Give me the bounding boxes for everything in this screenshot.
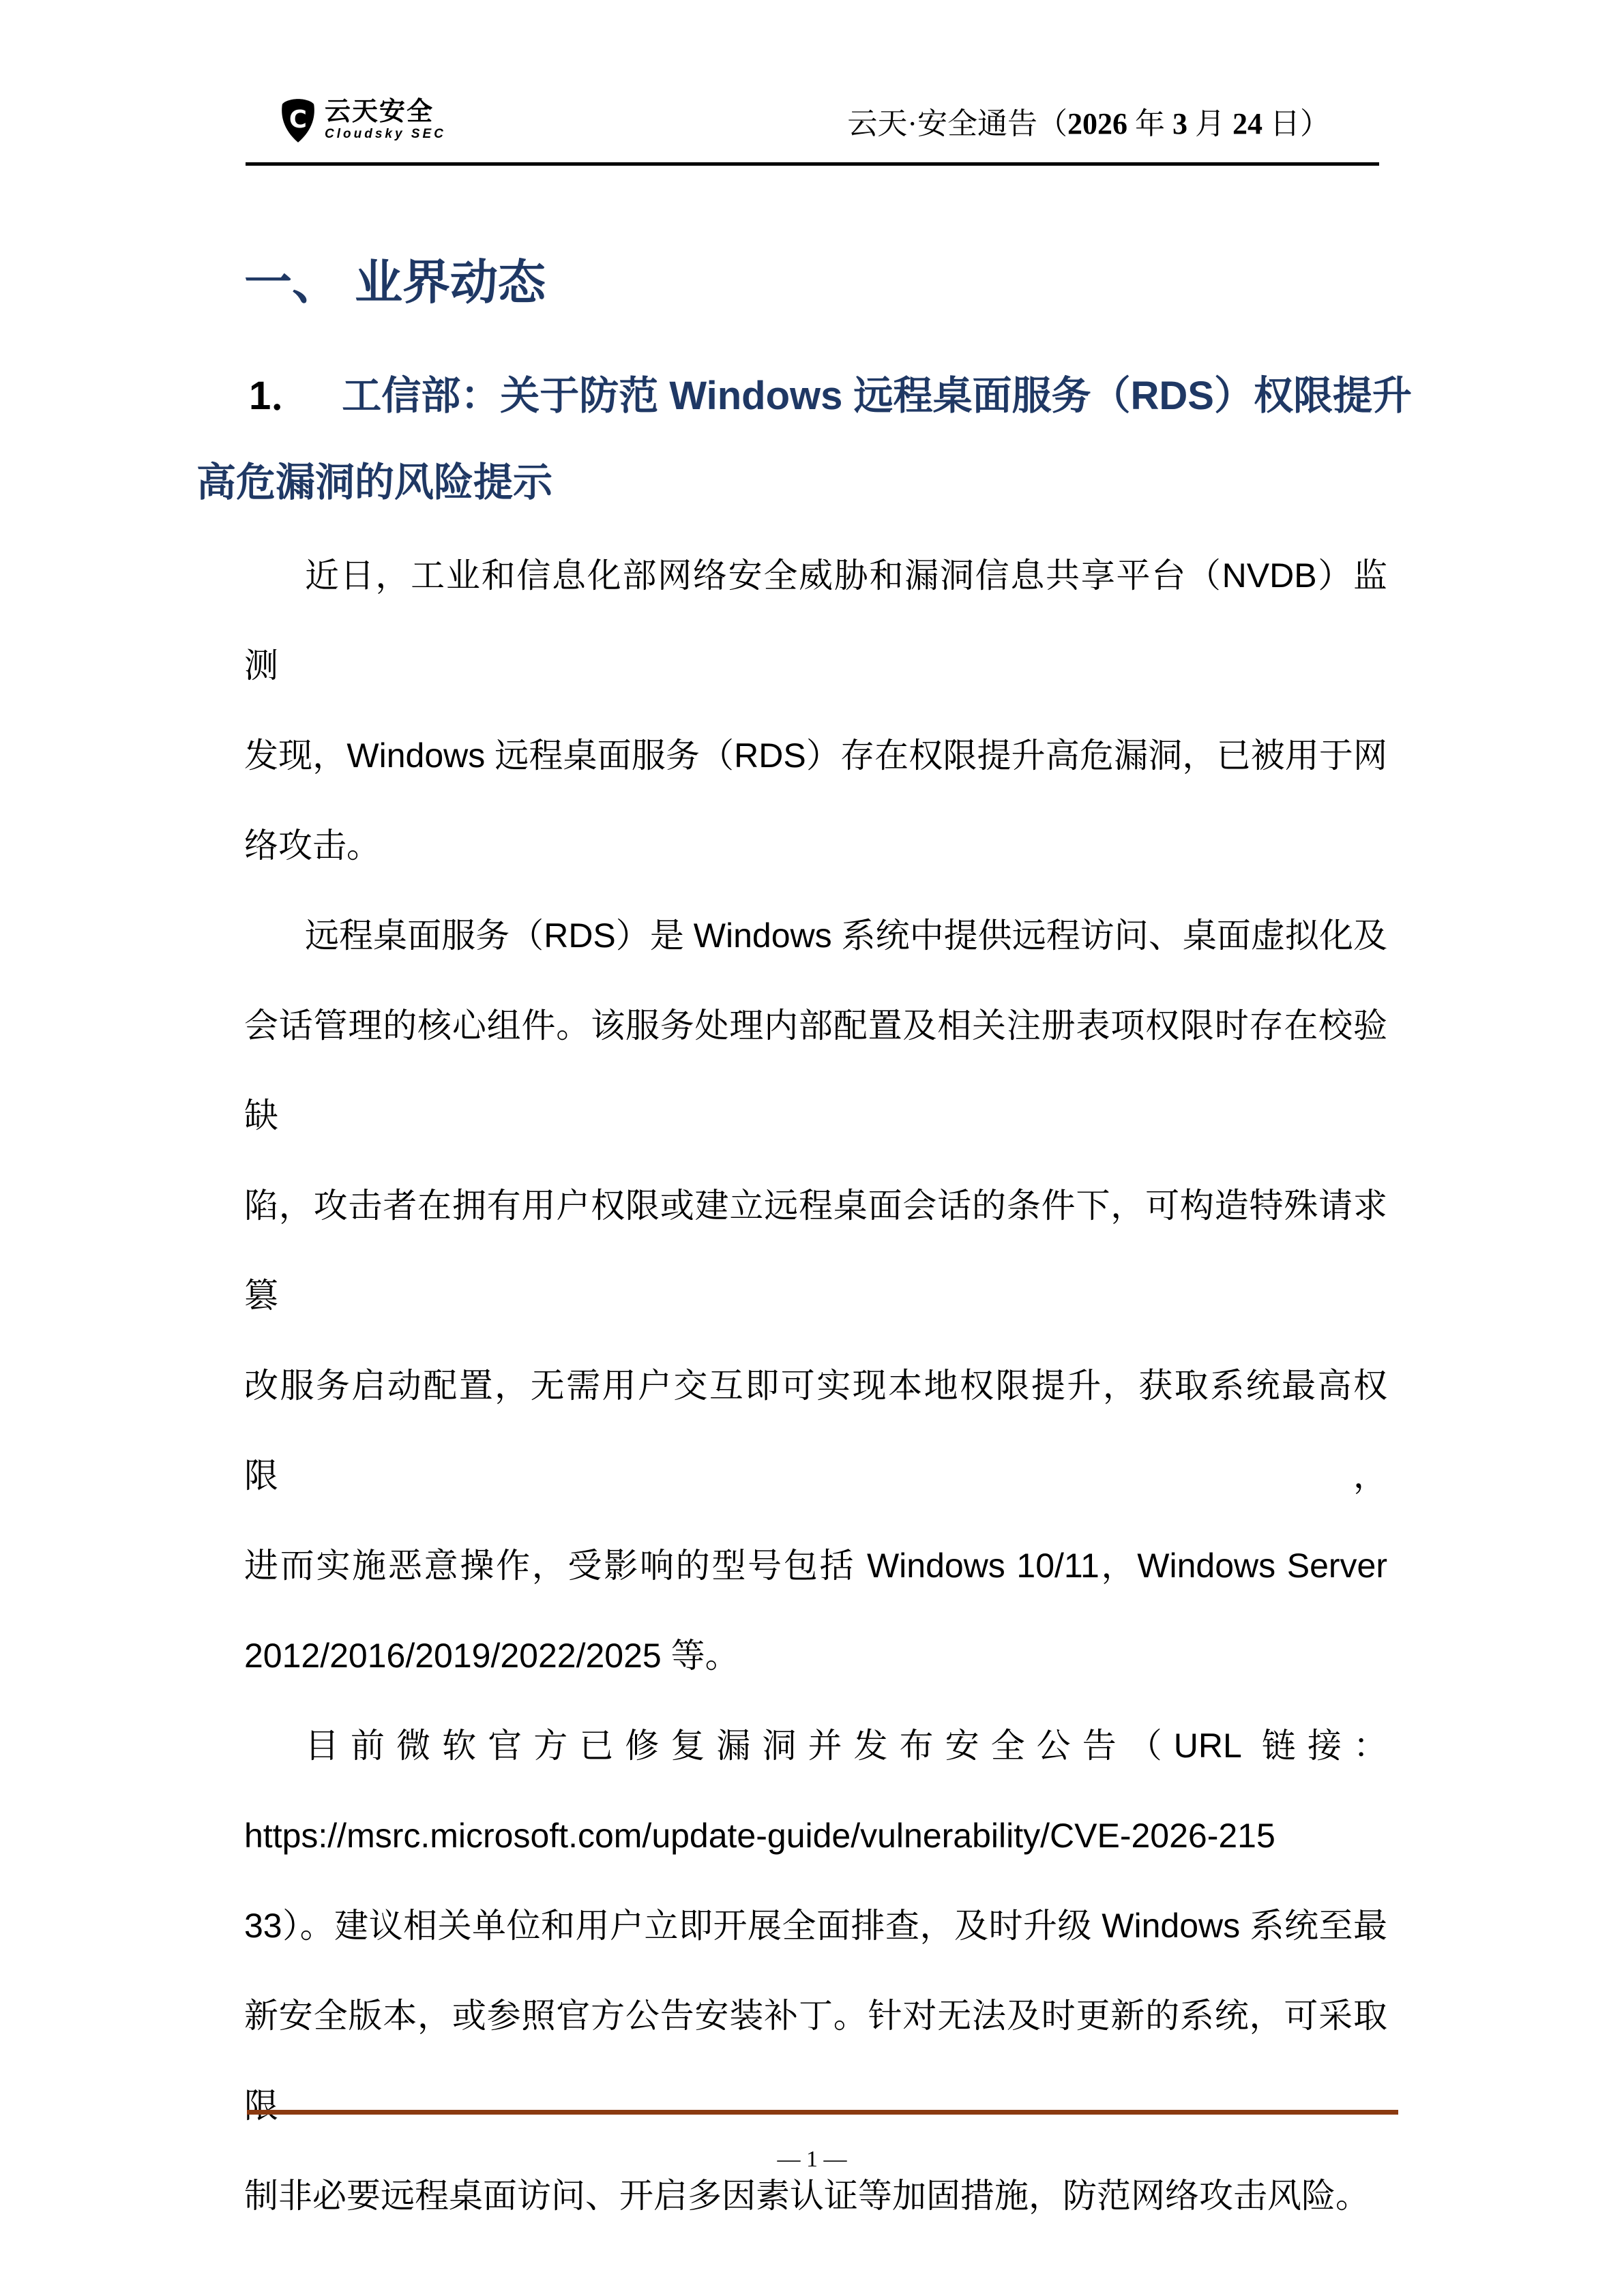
article-title-line2: 高危漏洞的风险提示 xyxy=(196,460,552,506)
title-segment: 云天·安全通告（ xyxy=(847,107,1067,140)
svg-text:C: C xyxy=(289,106,307,134)
title-segment: 24 xyxy=(1232,107,1263,140)
document-page: C 云天安全 Cloudsky SEC 云天·安全通告（2026 年 3 月 2… xyxy=(0,0,1624,2296)
text-line: https://msrc.microsoft.com/update-guide/… xyxy=(244,1791,1387,1881)
text-line: 33）。建议相关单位和用户立即开展全面排查，及时升级 Windows 系统至最 xyxy=(244,1881,1387,1971)
text-line: 目前微软官方已修复漏洞并发布安全公告（URL 链接： xyxy=(244,1701,1387,1791)
text-line: 会话管理的核心组件。该服务处理内部配置及相关注册表项权限时存在校验缺 xyxy=(244,981,1387,1161)
paragraph: 远程桌面服务（RDS）是 Windows 系统中提供远程访问、桌面虚拟化及会话管… xyxy=(244,891,1387,1701)
bulletin-title: 云天·安全通告（2026 年 3 月 24 日） xyxy=(847,106,1330,142)
text-line: 发现，Windows 远程桌面服务（RDS）存在权限提升高危漏洞，已被用于网 xyxy=(244,711,1387,801)
logo-text: 云天安全 Cloudsky SEC xyxy=(325,98,446,143)
title-segment: 年 xyxy=(1127,107,1172,140)
article-body: 近日，工业和信息化部网络安全威胁和漏洞信息共享平台（NVDB）监测发现，Wind… xyxy=(244,531,1387,2241)
footer-rule xyxy=(247,2110,1398,2115)
text-line: 2012/2016/2019/2022/2025 等。 xyxy=(244,1611,1387,1701)
text-line: 远程桌面服务（RDS）是 Windows 系统中提供远程访问、桌面虚拟化及 xyxy=(244,891,1387,981)
text-line: 络攻击。 xyxy=(244,801,1387,891)
title-segment: 3 xyxy=(1172,107,1187,140)
article-heading-line1: 1．工信部：关于防范 Windows 远程桌面服务（RDS）权限提升 xyxy=(244,374,1412,419)
article-number: 1． xyxy=(249,374,310,418)
logo-company-subtitle: Cloudsky SEC xyxy=(325,125,446,143)
title-segment: 2026 xyxy=(1067,107,1127,140)
logo-company-name: 云天安全 xyxy=(325,98,446,125)
article-title-line1: 工信部：关于防范 Windows 远程桌面服务（RDS）权限提升 xyxy=(342,374,1412,418)
page-number: — 1 — xyxy=(0,2147,1624,2173)
shield-c-logo-icon: C xyxy=(280,98,316,143)
title-segment: 日） xyxy=(1263,107,1330,140)
header-rule xyxy=(246,162,1379,166)
section-title: 业界动态 xyxy=(355,256,546,309)
text-line: 新安全版本，或参照官方公告安装补丁。针对无法及时更新的系统，可采取限 xyxy=(244,1971,1387,2151)
section-heading: 一、业界动态 xyxy=(244,256,546,309)
text-line: 改服务启动配置，无需用户交互即可实现本地权限提升，获取系统最高权限， xyxy=(244,1341,1387,1521)
text-line: 进而实施恶意操作，受影响的型号包括 Windows 10/11，Windows … xyxy=(244,1521,1387,1611)
title-segment: 月 xyxy=(1187,107,1232,140)
paragraph: 近日，工业和信息化部网络安全威胁和漏洞信息共享平台（NVDB）监测发现，Wind… xyxy=(244,531,1387,891)
text-line: 近日，工业和信息化部网络安全威胁和漏洞信息共享平台（NVDB）监测 xyxy=(244,531,1387,711)
text-line: 陷，攻击者在拥有用户权限或建立远程桌面会话的条件下，可构造特殊请求篡 xyxy=(244,1161,1387,1341)
section-number: 一、 xyxy=(244,256,340,309)
company-logo: C 云天安全 Cloudsky SEC xyxy=(280,98,446,143)
